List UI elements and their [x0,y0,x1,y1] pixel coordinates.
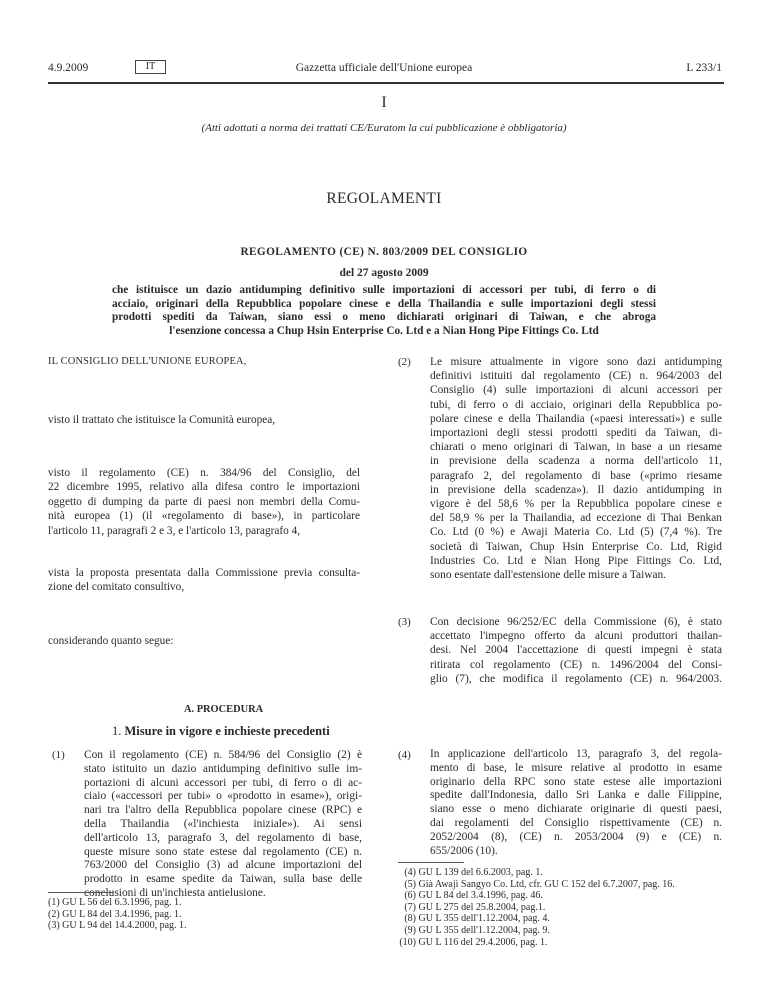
footnote: (4) GU L 139 del 6.6.2003, pag. 1. [398,867,675,879]
subsection-heading: 1. Misure in vigore e inchieste preceden… [112,724,330,739]
considering: considerando quanto segue: [48,634,174,648]
text-line: prodotto in esame spedite da Taiwan, sul… [84,873,362,887]
footnote: (2) GU L 84 del 3.4.1996, pag. 1. [48,909,187,921]
text-line: originario della RPC sono state estese a… [430,776,722,790]
text-line: del 58,9 % per la Thailandia, ad eccezio… [430,511,722,525]
paragraph-number: (2) [398,356,411,368]
text-line: tubi, di ferro o di acciaio, originari d… [430,398,722,412]
text-line: ciaio («accessori per tubi» o «prodotto … [84,790,362,804]
text-line: stato istituito un dazio antidumping def… [84,763,362,777]
footnote: (10) GU L 116 del 29.4.2006, pag. 1. [398,937,675,949]
text-line: Con il regolamento (CE) n. 584/96 del Co… [84,749,362,763]
text-line: portazioni di alcuni accessori per tubi,… [84,777,362,791]
footnote: (3) GU L 94 del 14.4.2000, pag. 1. [48,920,187,932]
paragraph-3: Con decisione 96/252/EC della Commission… [430,615,722,686]
text-line: visto il regolamento (CE) n. 384/96 del … [48,466,360,480]
footnote: (9) GU L 355 dell'1.12.2004, pag. 9. [398,925,675,937]
footnote: (1) GU L 56 del 6.3.1996, pag. 1. [48,897,187,909]
text-line: nari tra l'altro della Repubblica popola… [84,804,362,818]
footnotes-right: (4) GU L 139 del 6.6.2003, pag. 1. (5) G… [398,867,675,948]
subject-line: che istituisce un dazio antidumping defi… [112,284,656,298]
text-line: Co. Ltd (0 %) e Awaji Materia Co. Ltd (5… [430,525,722,539]
section-a-label: A. PROCEDURA [184,704,263,715]
paragraph-1: Con il regolamento (CE) n. 584/96 del Co… [84,749,362,901]
footnote-divider [398,862,464,863]
text-line: desi. Nel 2004 l'accettazione di questi … [430,643,722,657]
text-line: 2052/2004 (8), (CE) n. 2053/2004 (9) e (… [430,831,722,845]
text-line: chiarati o meno originari di Taiwan, in … [430,440,722,454]
regulation-date: del 27 agosto 2009 [0,267,768,279]
text-line: dell'articolo 13, paragrafo 3, del regol… [84,832,362,846]
text-line: della Thailandia («l'inchiesta iniziale»… [84,818,362,832]
text-line: importazioni degli stessi prodotti spedi… [430,426,722,440]
text-line: società di Taiwan, Chup Hsin Enterprise … [430,540,722,554]
footnote: (6) GU L 84 del 3.4.1996, pag. 46. [398,890,675,902]
footnote: (8) GU L 355 dell'1.12.2004, pag. 4. [398,913,675,925]
text-line: zione del comitato consultivo, [48,580,360,594]
recital-treaty: visto il trattato che istituisce la Comu… [48,413,275,427]
footnote: (5) Già Awaji Sangyo Co. Ltd, cfr. GU C … [398,879,675,891]
regulation-subject: che istituisce un dazio antidumping defi… [112,284,656,338]
subsection-title: Misure in vigore e inchieste precedenti [125,724,330,738]
text-line: glio (7), che modifica il regolamento (C… [430,672,722,686]
text-line: 655/2006 (10). [430,845,722,859]
header-divider [48,82,724,84]
regulation-title: REGOLAMENTO (CE) N. 803/2009 DEL CONSIGL… [0,246,768,258]
text-line: oggetto di dumping da parte di paesi non… [48,495,360,509]
text-line: dai regolamenti del Consiglio rispettiva… [430,817,722,831]
footnote-divider [48,892,114,893]
journal-title: Gazzetta ufficiale dell'Unione europea [0,62,768,74]
text-line: vigore è del 58,6 % per la Repubblica po… [430,497,722,511]
footnote: (7) GU L 275 del 25.8.2004, pag.1. [398,902,675,914]
subsection-number: 1. [112,724,121,738]
text-line: nità europea (1) (il «regolamento di bas… [48,509,360,523]
preamble: IL CONSIGLIO DELL'UNIONE EUROPEA, [48,356,247,367]
text-line: Consiglio (4) sulle importazioni di alcu… [430,383,722,397]
section-a-heading: A. PROCEDURA [184,704,263,715]
text-line: queste misure sono state estese dal rego… [84,846,362,860]
text-line: vista la proposta presentata dalla Commi… [48,566,360,580]
paragraph-number: (3) [398,616,411,628]
recital-basic-regulation: visto il regolamento (CE) n. 384/96 del … [48,466,360,538]
page-reference: L 233/1 [686,62,722,74]
text-line: l'articolo 11, paragrafi 2 e 3, e l'arti… [48,524,360,538]
text-line: ritirata col regolamento (CE) n. 1496/20… [430,658,722,672]
paragraph-number: (4) [398,749,411,761]
text-line: Con decisione 96/252/EC della Commission… [430,615,722,629]
part-subtitle: (Atti adottati a norma dei trattati CE/E… [0,122,768,134]
text-line: definitivi istituiti dal regolamento (CE… [430,369,722,383]
paragraph-number: (1) [52,749,65,761]
text-line: Industries Co. Ltd e Nian Hong Pipe Fitt… [430,554,722,568]
text-line: 22 dicembre 1995, relativo alla difesa c… [48,480,360,494]
text-line: paragrafo 2, del regolamento di base («p… [430,469,722,483]
text-line: spedite dall'Indonesia, dallo Sri Lanka … [430,789,722,803]
subject-line: prodotti spediti da Taiwan, siano essi o… [112,311,656,325]
subject-line: acciaio, originari della Repubblica popo… [112,298,656,312]
text-line: In applicazione dell'articolo 13, paragr… [430,748,722,762]
section-title: REGOLAMENTI [0,190,768,208]
text-line: siano esse o meno dichiarate originarie … [430,803,722,817]
recital-proposal: vista la proposta presentata dalla Commi… [48,566,360,595]
text-line: 763/2000 del Consiglio (3) ad alcune imp… [84,859,362,873]
text-line: in previsione della scadenza»). Il dazio… [430,483,722,497]
subject-line: l'esenzione concessa a Chup Hsin Enterpr… [112,325,656,339]
footnotes-left: (1) GU L 56 del 6.3.1996, pag. 1. (2) GU… [48,897,187,932]
text-line: mento di base, le misure relative al pro… [430,762,722,776]
text-line: accettato l'impegno offerto da alcuni pr… [430,629,722,643]
text-line: Le misure attualmente in vigore sono daz… [430,355,722,369]
text-line: polare cinese e della Thailandia («paesi… [430,412,722,426]
text-line: in previsione della scadenza a norma del… [430,454,722,468]
text-line: sono esentate dall'estensione delle misu… [430,568,722,582]
paragraph-4: In applicazione dell'articolo 13, paragr… [430,748,722,858]
part-numeral: I [0,94,768,112]
paragraph-2: Le misure attualmente in vigore sono daz… [430,355,722,582]
